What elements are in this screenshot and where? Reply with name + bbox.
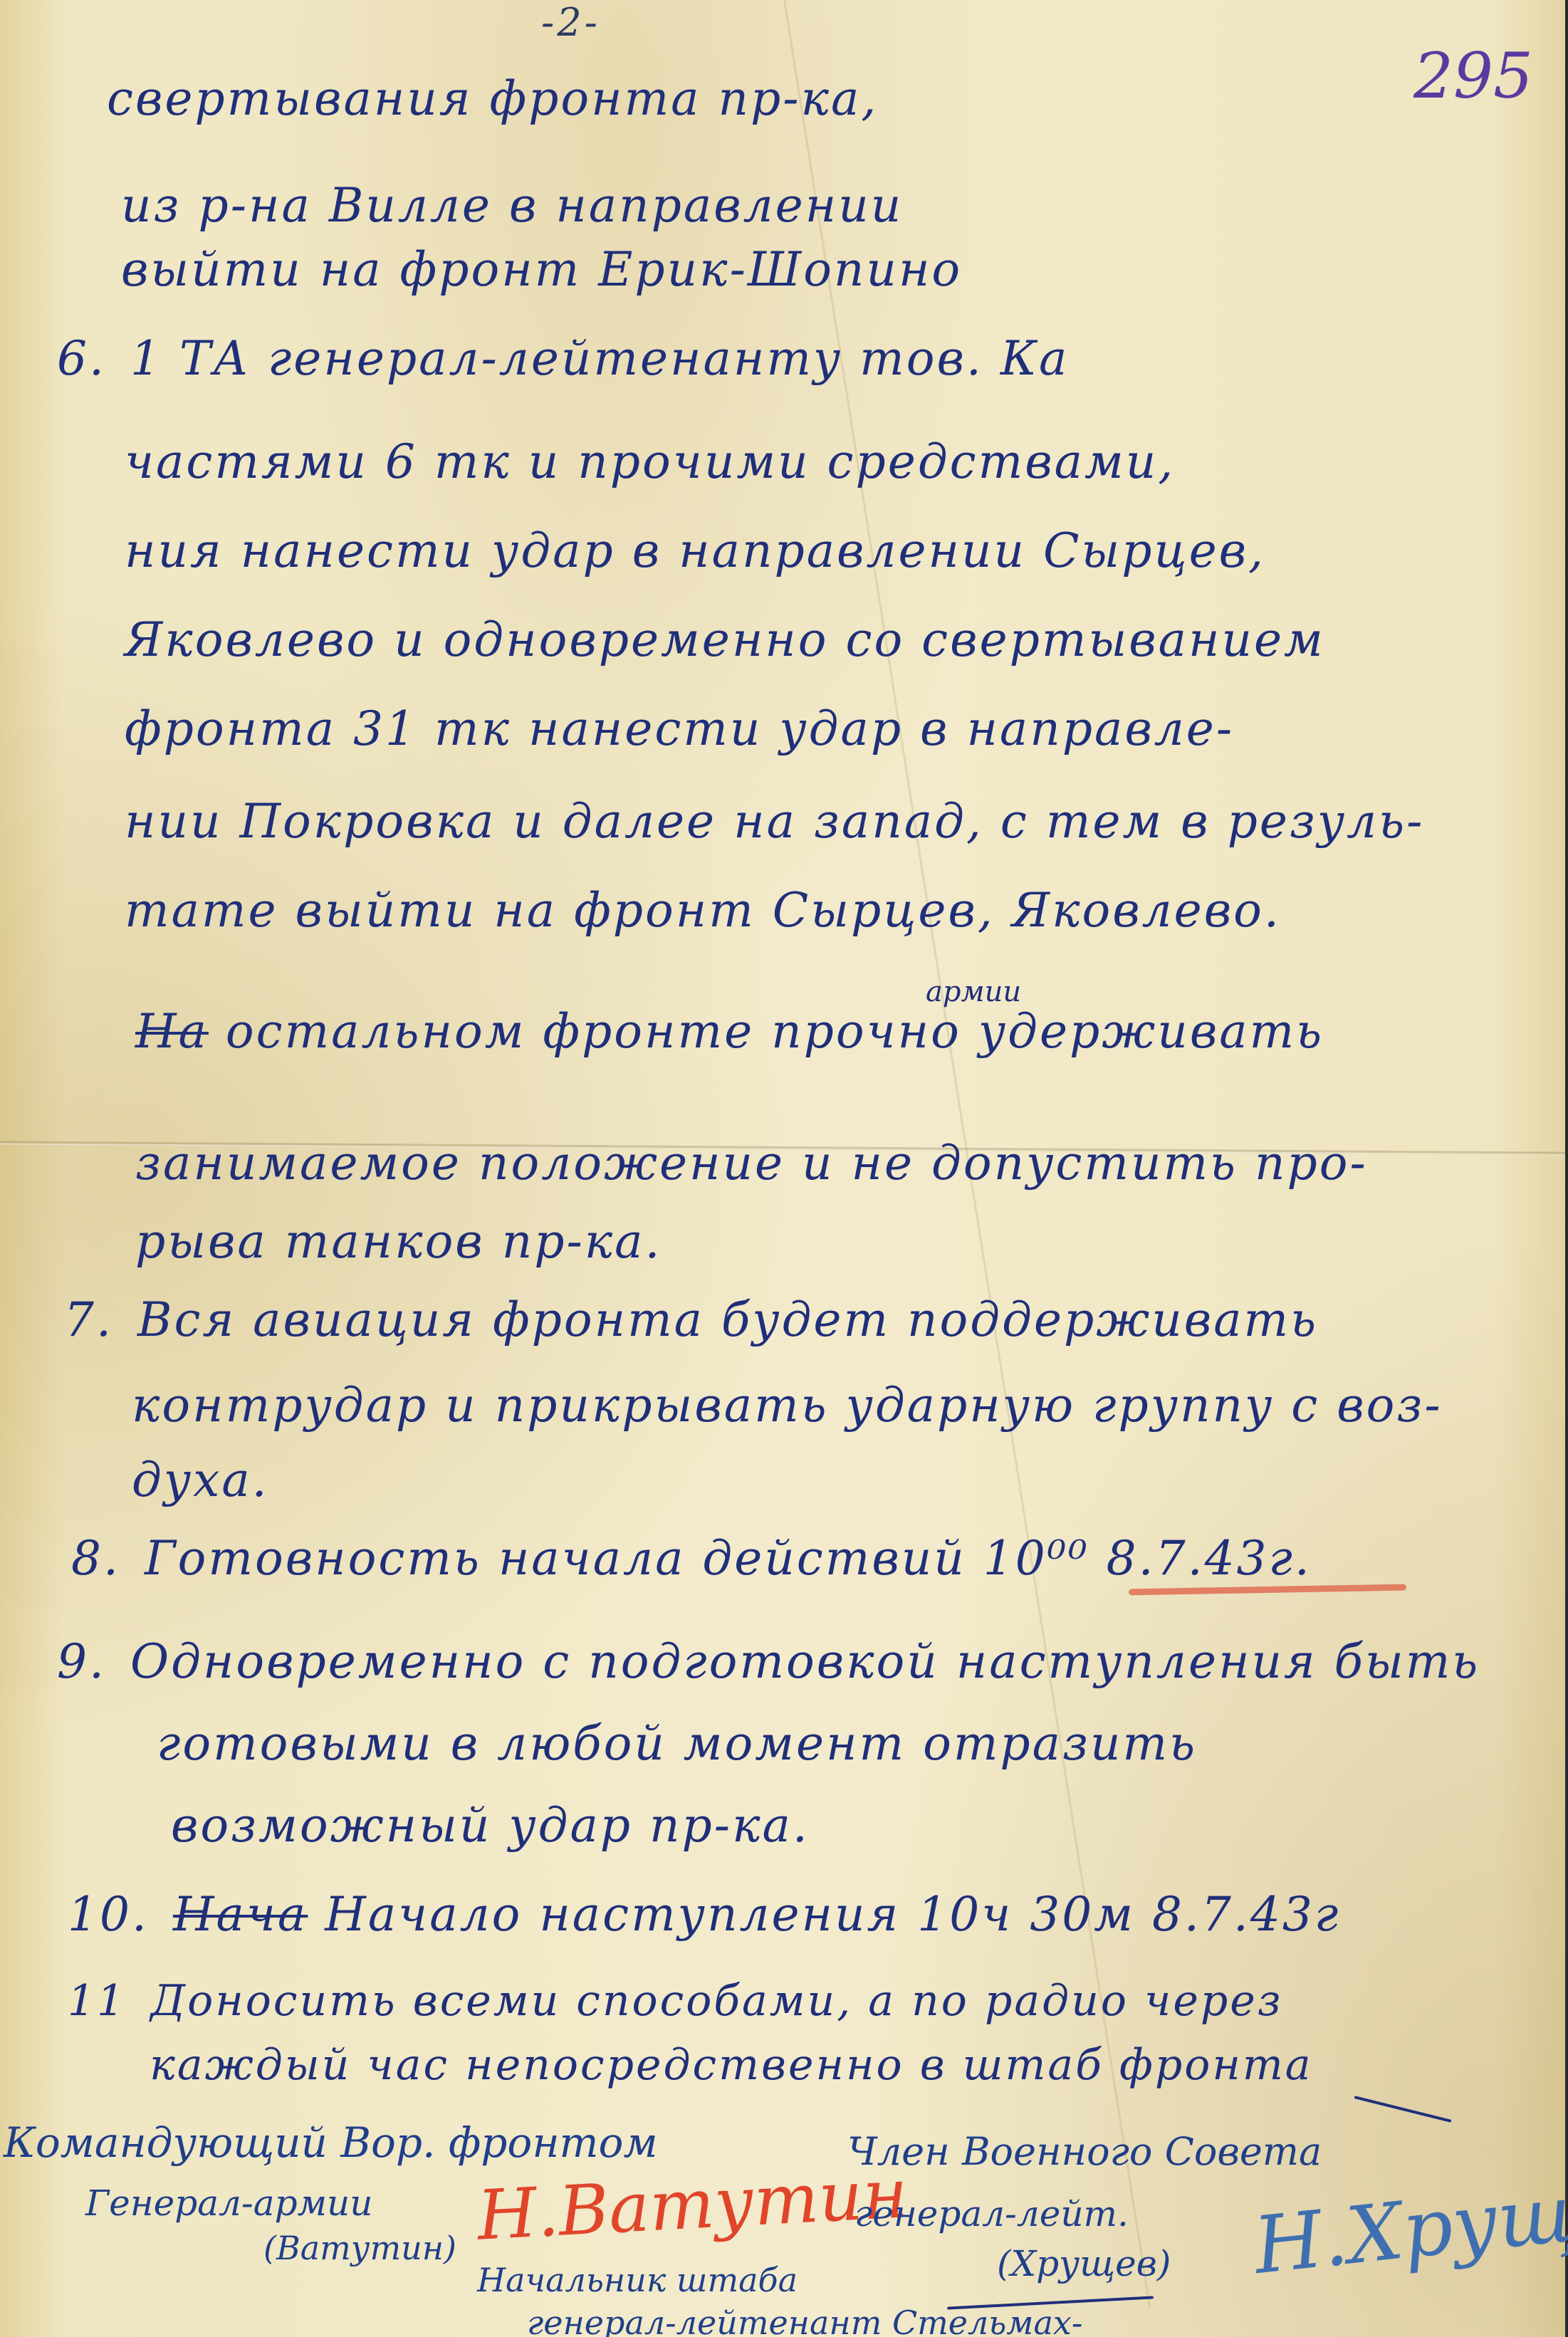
item-6-line: занимаемое положение и не допустить про- xyxy=(135,1136,1368,1191)
continuation-line: свертывания фронта пр-ка, xyxy=(107,71,878,126)
item-6-line: нии Покровка и далее на запад, с тем в р… xyxy=(125,794,1424,849)
item-8-line: 8.Готовность начала действий 10⁰⁰ 8.7.43… xyxy=(71,1531,1312,1586)
item-number: 10. xyxy=(68,1887,149,1942)
commander-name: (Ватутин) xyxy=(263,2229,456,2267)
chief-of-staff-title: Начальник штаба xyxy=(477,2261,798,2299)
item-6-line: Яковлево и одновременно со свертыванием xyxy=(125,612,1325,667)
item-number: 7. xyxy=(64,1292,113,1347)
item-6-line: рыва танков пр-ка. xyxy=(135,1214,662,1269)
item-9-line: возможный удар пр-ка. xyxy=(171,1798,810,1853)
council-member-signature: Н.Хрущев xyxy=(1250,2158,1568,2291)
item-number: 9. xyxy=(57,1634,106,1689)
item-7-line: духа. xyxy=(132,1453,269,1507)
ink-stroke xyxy=(1354,2096,1452,2123)
continuation-line: выйти на фронт Ерик-Шопино xyxy=(121,242,962,297)
commander-signature: Н.Ватутин xyxy=(475,2153,909,2256)
item-number: 6. xyxy=(57,331,106,386)
item-number: 8. xyxy=(71,1531,120,1586)
item-6-line: 6.1 ТА генерал-лейтенанту тов. Ка xyxy=(57,331,1069,386)
item-number: 11 xyxy=(68,1976,126,2026)
commander-rank: Генерал-армии xyxy=(85,2182,372,2224)
council-member-rank: генерал-лейт. xyxy=(854,2193,1129,2234)
item-7-line: контрудар и прикрывать ударную группу с … xyxy=(132,1378,1443,1433)
item-6-line: ния нанести удар в направлении Сырцев, xyxy=(125,523,1265,578)
item-9-line: 9.Одновременно с подготовкой наступления… xyxy=(57,1634,1480,1689)
struck-text: На xyxy=(135,1004,209,1059)
council-member-name: (Хрущев) xyxy=(997,2243,1171,2284)
item-9-line: готовыми в любой момент отразить xyxy=(157,1716,1197,1771)
page-number: -2- xyxy=(541,0,600,45)
struck-text: Нача xyxy=(173,1887,308,1942)
item-11-line: 11Доносить всеми способами, а по радио ч… xyxy=(68,1976,1283,2026)
chief-of-staff-rank: генерал-лейтенант Стельмах- xyxy=(527,2304,1082,2337)
item-6-line: частями 6 тк и прочими средствами, xyxy=(125,434,1175,489)
item-6-line: фронта 31 тк нанести удар в направле- xyxy=(125,701,1234,756)
continuation-line: из р-на Вилле в направлении xyxy=(121,178,903,233)
document-sheet: -2- 295 свертывания фронта пр-ка, из р-н… xyxy=(0,0,1568,2337)
paper-edge xyxy=(1565,0,1568,2337)
commander-signature-block: Командующий Вор. фронтом xyxy=(4,2118,658,2167)
council-member-title: Член Военного Совета xyxy=(847,2129,1322,2174)
item-7-line: 7.Вся авиация фронта будет поддерживать xyxy=(64,1292,1318,1347)
archive-sheet-number: 295 xyxy=(1413,39,1533,113)
item-6-line: На остальном фронте прочно удерживать xyxy=(135,1004,1324,1059)
item-6-line: тате выйти на фронт Сырцев, Яковлево. xyxy=(125,883,1281,938)
commander-title: Командующий Вор. фронтом xyxy=(4,2118,658,2167)
item-11-line: каждый час непосредственно в штаб фронта xyxy=(150,2040,1313,2090)
item-10-line: 10.Нача Начало наступления 10ч 30м 8.7.4… xyxy=(68,1887,1340,1942)
